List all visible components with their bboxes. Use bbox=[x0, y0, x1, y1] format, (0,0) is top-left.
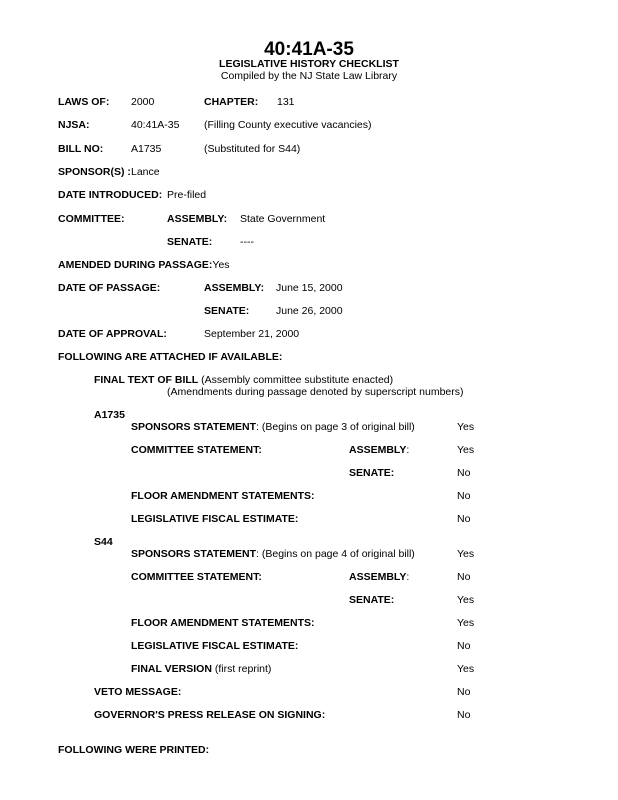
s44-fiscal-value: No bbox=[457, 641, 470, 652]
njsa-value: 40:41A-35 bbox=[131, 120, 179, 131]
a1735-sponsors-label: SPONSORS STATEMENT bbox=[131, 421, 256, 433]
s44-committee-label: COMMITTEE STATEMENT: bbox=[131, 572, 262, 583]
a1735-bill-label: A1735 bbox=[94, 410, 125, 421]
a1735-committee-assembly-value: Yes bbox=[457, 445, 474, 456]
s44-sponsors-value: Yes bbox=[457, 549, 474, 560]
committee-senate-label: SENATE: bbox=[167, 237, 212, 248]
sponsors-label: SPONSOR(S) : bbox=[58, 167, 131, 178]
s44-committee-assembly-value: No bbox=[457, 572, 470, 583]
amended-label: AMENDED DURING PASSAGE: bbox=[58, 259, 212, 271]
a1735-committee-assembly-row: ASSEMBLY: bbox=[349, 445, 409, 456]
a1735-committee-senate-value: No bbox=[457, 468, 470, 479]
date-introduced-value: Pre-filed bbox=[167, 190, 206, 201]
s44-floor-value: Yes bbox=[457, 618, 474, 629]
chapter-value: 131 bbox=[277, 97, 295, 108]
a1735-committee-label: COMMITTEE STATEMENT: bbox=[131, 445, 262, 456]
s44-committee-senate-label: SENATE: bbox=[349, 595, 394, 606]
final-text-note2: (Amendments during passage denoted by su… bbox=[167, 387, 464, 398]
final-text-row: FINAL TEXT OF BILL (Assembly committee s… bbox=[94, 375, 393, 386]
passage-senate-value: June 26, 2000 bbox=[276, 306, 343, 317]
veto-label: VETO MESSAGE: bbox=[94, 687, 181, 698]
s44-bill-label: S44 bbox=[94, 537, 113, 548]
committee-label: COMMITTEE: bbox=[58, 214, 125, 225]
compiled-by: Compiled by the NJ State Law Library bbox=[0, 71, 618, 82]
approval-label: DATE OF APPROVAL: bbox=[58, 329, 167, 340]
a1735-fiscal-label: LEGISLATIVE FISCAL ESTIMATE: bbox=[131, 514, 298, 525]
document-title: 40:41A-35 bbox=[0, 40, 618, 59]
a1735-sponsors-row: SPONSORS STATEMENT: (Begins on page 3 of… bbox=[131, 422, 415, 433]
committee-assembly-value: State Government bbox=[240, 214, 325, 225]
njsa-label: NJSA: bbox=[58, 120, 90, 131]
approval-value: September 21, 2000 bbox=[204, 329, 299, 340]
bill-no-note: (Substituted for S44) bbox=[204, 144, 300, 155]
s44-floor-label: FLOOR AMENDMENT STATEMENTS: bbox=[131, 618, 315, 629]
passage-senate-label: SENATE: bbox=[204, 306, 249, 317]
press-release-value: No bbox=[457, 710, 470, 721]
a1735-sponsors-note: : (Begins on page 3 of original bill) bbox=[256, 421, 415, 433]
a1735-committee-assembly-label: ASSEMBLY bbox=[349, 444, 406, 456]
committee-senate-value: ---- bbox=[240, 237, 254, 248]
passage-label: DATE OF PASSAGE: bbox=[58, 283, 160, 294]
laws-of-label: LAWS OF: bbox=[58, 97, 109, 108]
bill-no-value: A1735 bbox=[131, 144, 161, 155]
printed-heading: FOLLOWING WERE PRINTED: bbox=[58, 745, 209, 756]
s44-fiscal-label: LEGISLATIVE FISCAL ESTIMATE: bbox=[131, 641, 298, 652]
s44-final-version-row: FINAL VERSION (first reprint) bbox=[131, 664, 271, 675]
document-subtitle: LEGISLATIVE HISTORY CHECKLIST bbox=[0, 59, 618, 70]
bill-no-label: BILL NO: bbox=[58, 144, 103, 155]
attached-heading: FOLLOWING ARE ATTACHED IF AVAILABLE: bbox=[58, 352, 282, 363]
s44-sponsors-row: SPONSORS STATEMENT: (Begins on page 4 of… bbox=[131, 549, 415, 560]
passage-assembly-label: ASSEMBLY: bbox=[204, 283, 264, 294]
s44-committee-assembly-row: ASSEMBLY: bbox=[349, 572, 409, 583]
s44-final-version-label: FINAL VERSION bbox=[131, 663, 212, 675]
press-release-label: GOVERNOR'S PRESS RELEASE ON SIGNING: bbox=[94, 710, 325, 721]
passage-assembly-value: June 15, 2000 bbox=[276, 283, 343, 294]
chapter-label: CHAPTER: bbox=[204, 97, 258, 108]
amended-value: Yes bbox=[212, 259, 229, 271]
s44-final-version-note: (first reprint) bbox=[212, 663, 272, 675]
s44-committee-senate-value: Yes bbox=[457, 595, 474, 606]
s44-sponsors-label: SPONSORS STATEMENT bbox=[131, 548, 256, 560]
laws-of-value: 2000 bbox=[131, 97, 154, 108]
a1735-sponsors-value: Yes bbox=[457, 422, 474, 433]
a1735-floor-label: FLOOR AMENDMENT STATEMENTS: bbox=[131, 491, 315, 502]
a1735-fiscal-value: No bbox=[457, 514, 470, 525]
committee-assembly-label: ASSEMBLY: bbox=[167, 214, 227, 225]
s44-final-version-value: Yes bbox=[457, 664, 474, 675]
date-introduced-label: DATE INTRODUCED: bbox=[58, 190, 162, 201]
njsa-description: (Filling County executive vacancies) bbox=[204, 120, 372, 131]
sponsors-value: Lance bbox=[131, 167, 160, 178]
a1735-committee-senate-label: SENATE: bbox=[349, 468, 394, 479]
s44-committee-assembly-label: ASSEMBLY bbox=[349, 571, 406, 583]
a1735-floor-value: No bbox=[457, 491, 470, 502]
veto-value: No bbox=[457, 687, 470, 698]
final-text-note: (Assembly committee substitute enacted) bbox=[201, 374, 393, 386]
final-text-label: FINAL TEXT OF BILL bbox=[94, 374, 198, 386]
s44-sponsors-note: : (Begins on page 4 of original bill) bbox=[256, 548, 415, 560]
amended-row: AMENDED DURING PASSAGE:Yes bbox=[58, 260, 230, 271]
